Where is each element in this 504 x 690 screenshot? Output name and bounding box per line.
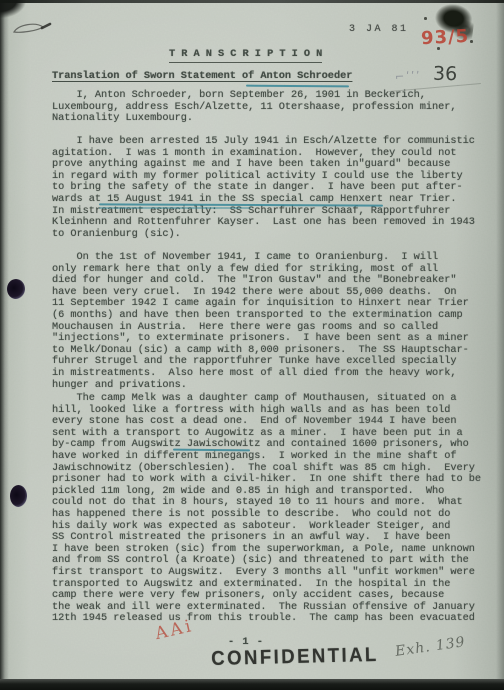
paragraph-oranienburg: On the 1st of November 1941, I came to O…: [52, 252, 469, 391]
paragraph-arrest: I have been arrested 15 July 1941 in Esc…: [52, 136, 475, 240]
scan-corner-blob: [0, 0, 26, 18]
scan-edge-left: [0, 0, 9, 690]
page-title: T R A N S C R I P T I O N: [169, 49, 322, 63]
red-handwritten-number: 93/5: [420, 26, 469, 49]
blue-underline-anton-schroeder: [246, 84, 349, 87]
scan-edge-top: [0, 0, 504, 3]
faint-stamp: ⌐ʹʹʹ: [395, 70, 422, 84]
exhibit-number-handwriting: Exh. 139: [394, 634, 466, 660]
pencil-scribble-mark: [12, 20, 56, 40]
scan-edge-bottom: [0, 679, 504, 690]
confidential-stamp: CONFIDENTIAL: [211, 644, 379, 671]
blue-underline-echo: [99, 207, 251, 209]
page-large-number: 36: [433, 63, 458, 85]
scanned-document-page: 3 JA 81 93/5 T R A N S C R I P T I O N T…: [0, 0, 504, 690]
scan-edge-right: [496, 0, 504, 690]
paragraph-identity: I, Anton Schroeder, born September 26, 1…: [52, 90, 457, 125]
ink-speck: [424, 17, 427, 20]
date-stamp: 3 JA 81: [349, 24, 409, 36]
ink-speck: [470, 40, 473, 43]
paragraph-melk-camp: The camp Melk was a daughter camp of Mou…: [52, 393, 481, 625]
hole-punch-bottom: [10, 485, 27, 507]
hole-punch-top: [7, 279, 25, 299]
document-subtitle: Translation of Sworn Statement of Anton …: [52, 71, 352, 83]
